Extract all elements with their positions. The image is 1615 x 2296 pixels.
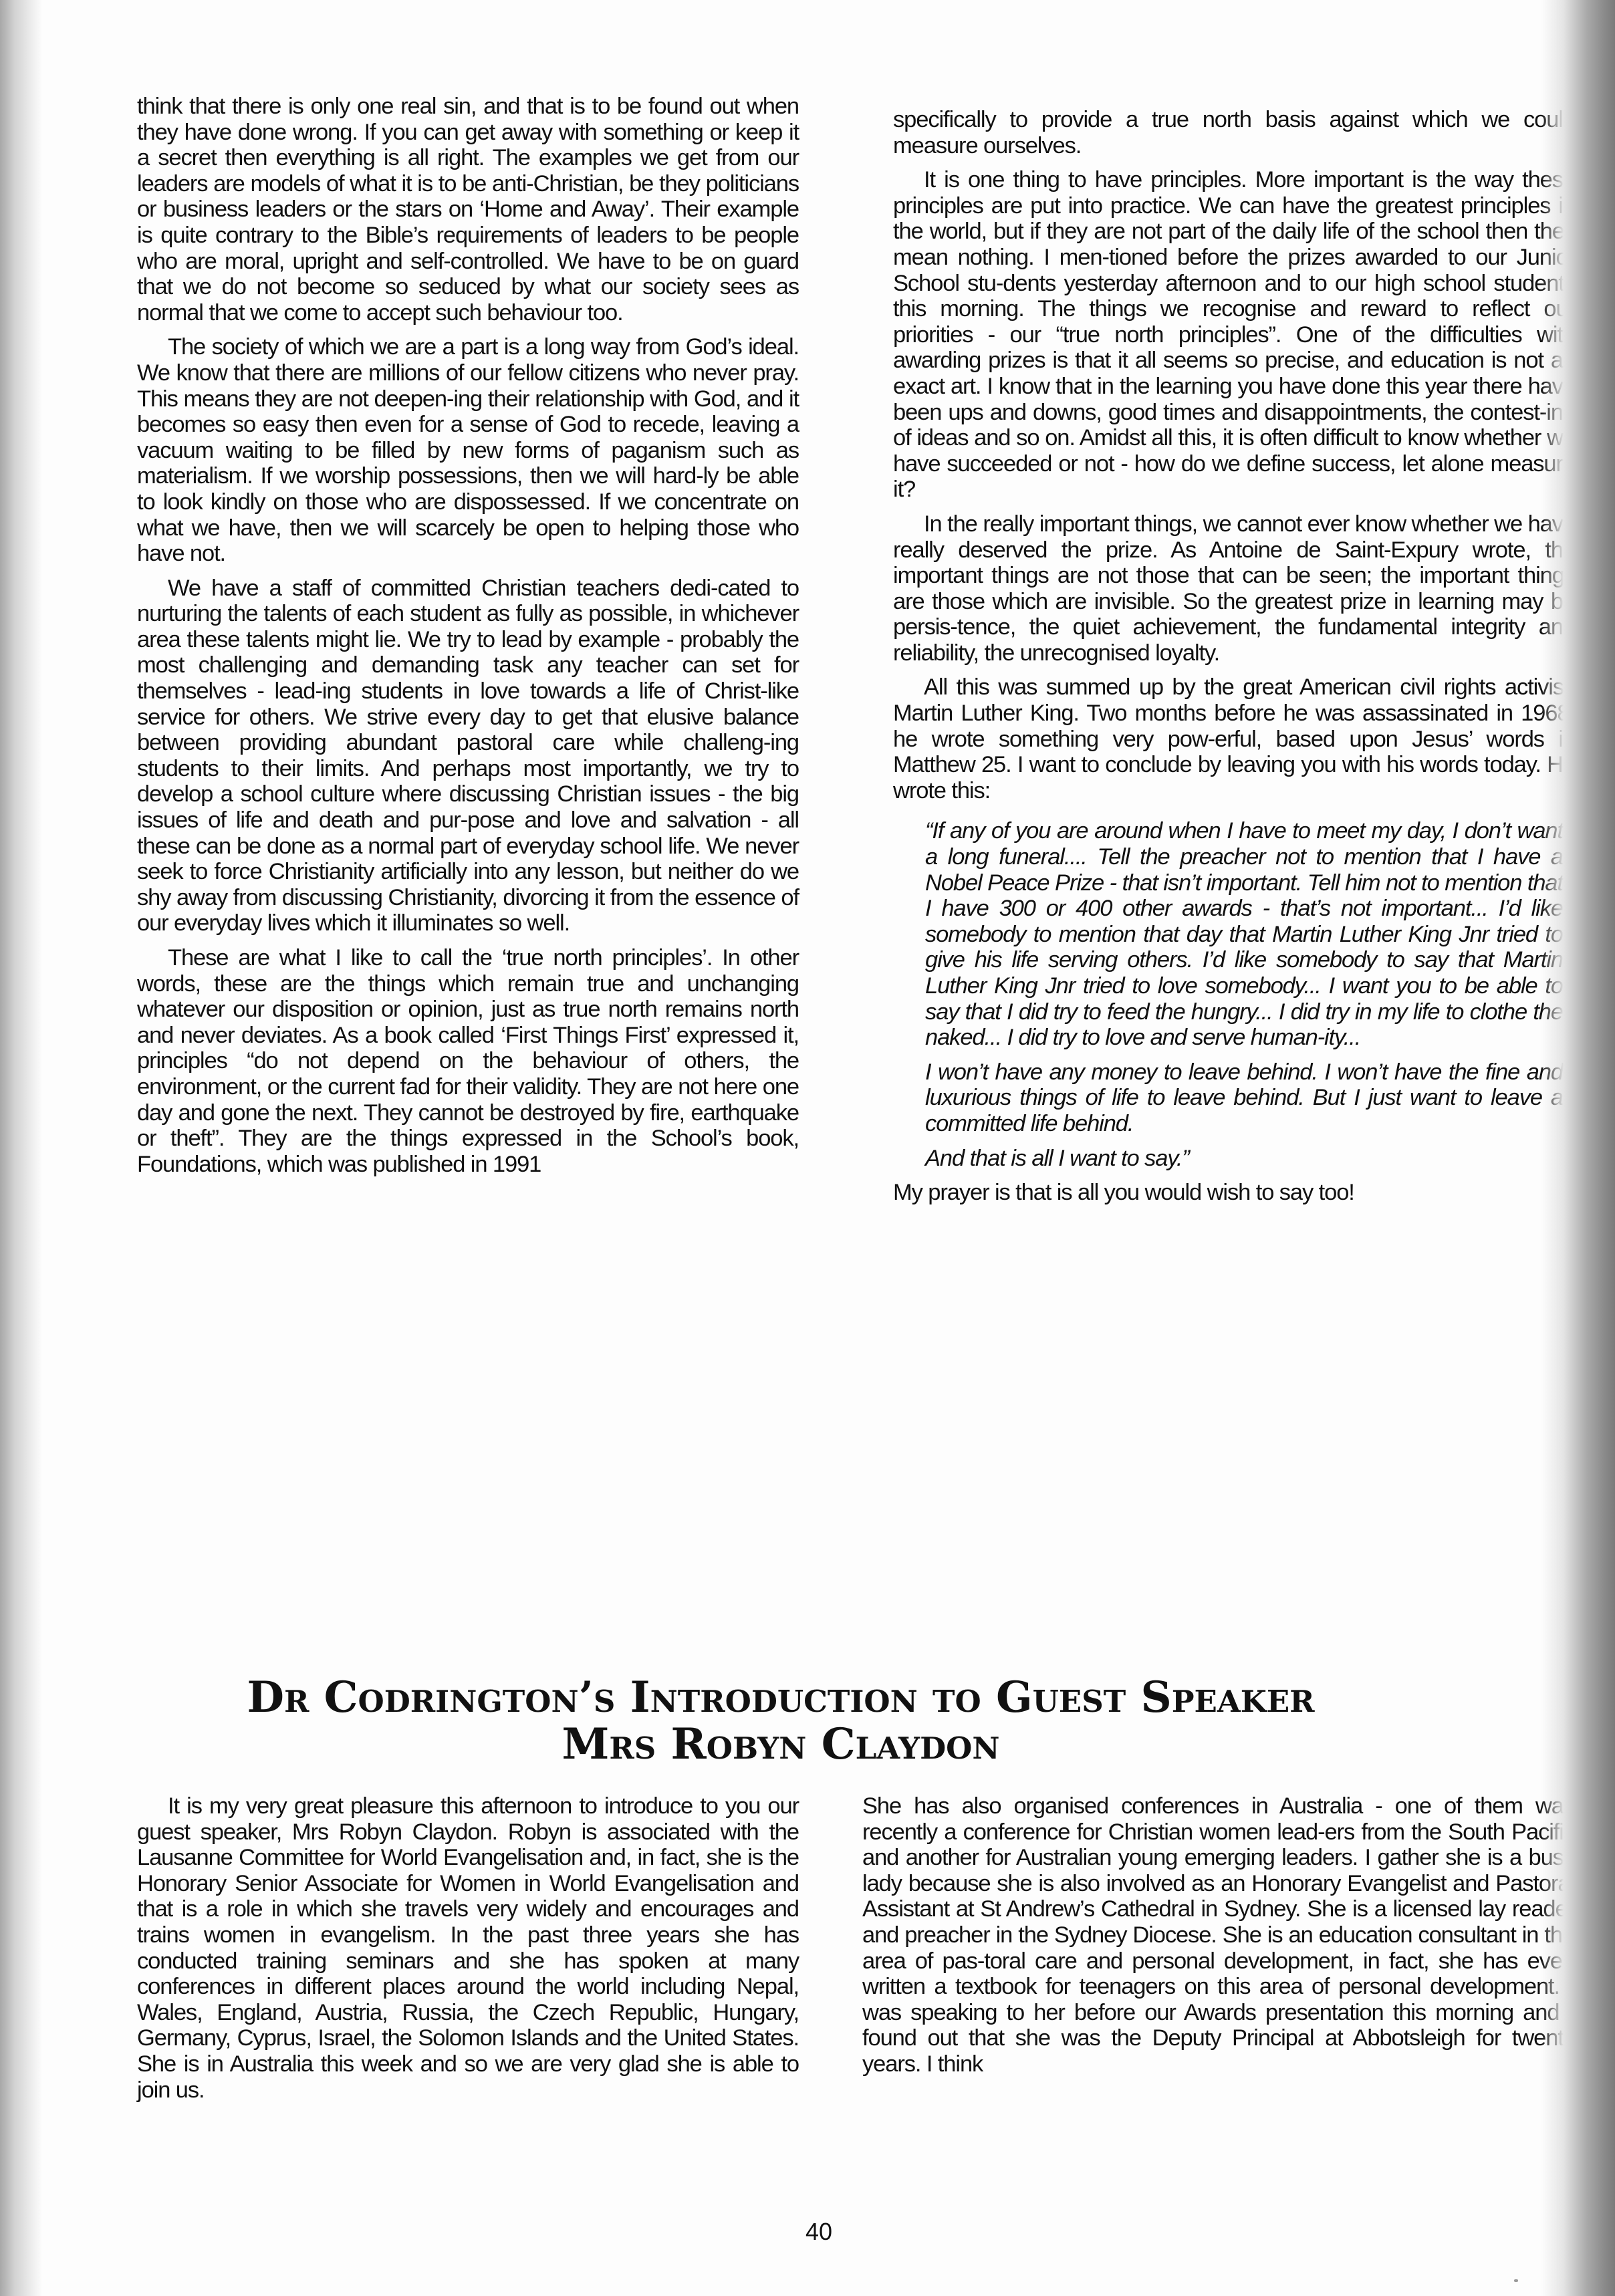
paragraph: It is my very great pleasure this aftern… xyxy=(137,1793,799,2103)
paragraph: It is one thing to have principles. More… xyxy=(893,167,1575,503)
bottom-left-column: It is my very great pleasure this aftern… xyxy=(137,1793,799,2112)
paragraph: The society of which we are a part is a … xyxy=(137,334,799,566)
paragraph: think that there is only one real sin, a… xyxy=(137,94,799,326)
paragraph: All this was summed up by the great Amer… xyxy=(893,674,1575,803)
paragraph: In the really important things, we canno… xyxy=(893,511,1575,666)
section-heading-line-1: Dr Codrington’s Introduction to Guest Sp… xyxy=(0,1674,1588,1721)
scan-speck xyxy=(1514,2279,1518,2282)
quote-paragraph: I won’t have any money to leave behind. … xyxy=(893,1059,1575,1137)
paragraph: She has also organised conferences in Au… xyxy=(862,1793,1574,2077)
quote-paragraph: “If any of you are around when I have to… xyxy=(893,818,1575,1050)
paragraph: These are what I like to call the ‘true … xyxy=(137,945,799,1177)
closing-line: My prayer is that is all you would wish … xyxy=(893,1180,1575,1206)
paragraph: We have a staff of committed Christian t… xyxy=(137,576,799,936)
binding-shadow xyxy=(1541,0,1615,2296)
bottom-right-column: She has also organised conferences in Au… xyxy=(862,1793,1574,2086)
quote-paragraph: And that is all I want to say.” xyxy=(893,1146,1575,1172)
top-right-column: specifically to provide a true north bas… xyxy=(893,107,1575,1215)
mlk-quote: “If any of you are around when I have to… xyxy=(893,818,1575,1171)
top-left-column: think that there is only one real sin, a… xyxy=(137,94,799,1186)
page-number: 40 xyxy=(805,2218,832,2246)
page-gutter-shadow xyxy=(0,0,41,2296)
paragraph: specifically to provide a true north bas… xyxy=(893,107,1575,158)
section-heading-line-2: Mrs Robyn Claydon xyxy=(0,1721,1588,1768)
